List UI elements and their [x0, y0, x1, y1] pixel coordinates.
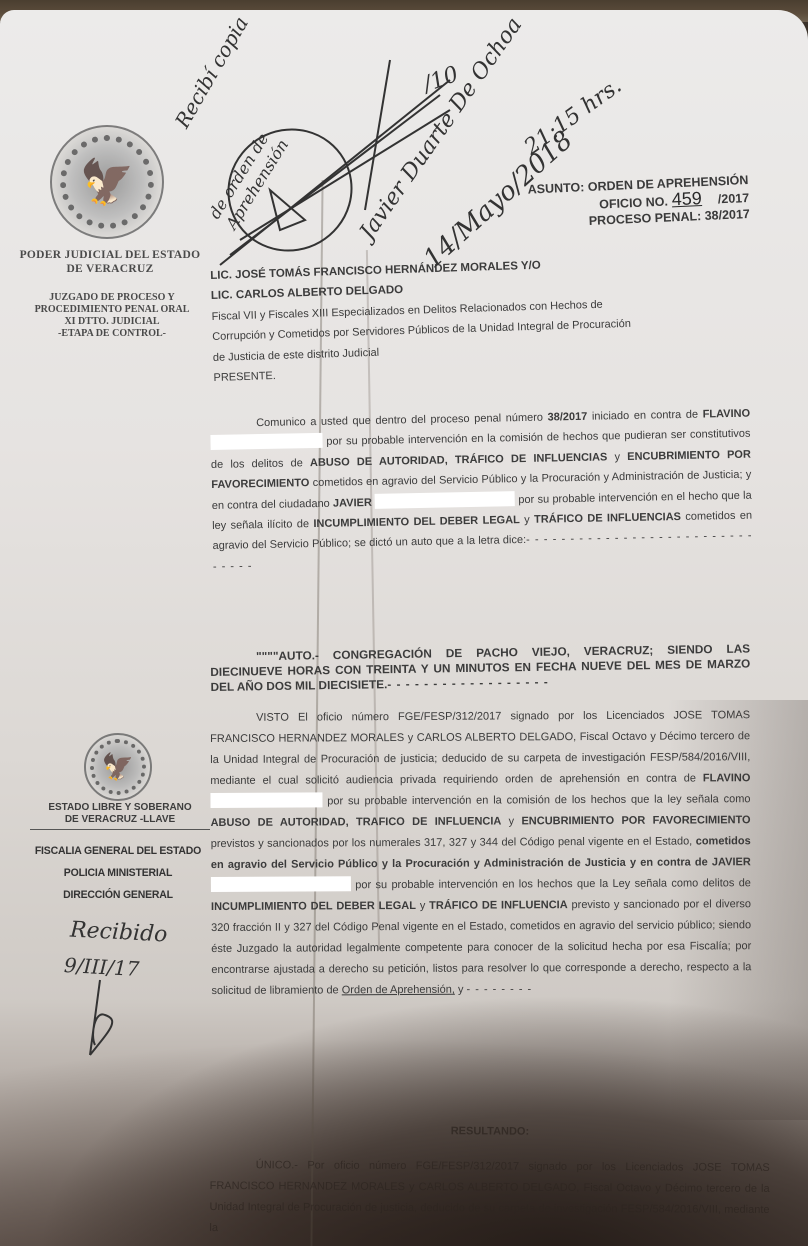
division-line: XI DTTO. JUDICIAL: [14, 316, 210, 328]
charge: INCUMPLIMIENTO DEL DEBER LEGAL: [313, 514, 520, 530]
stamp-line: ESTADO LIBRE Y SOBERANO: [30, 802, 210, 814]
initials-scribble: [70, 960, 160, 1060]
mexican-coat-of-arms-icon: 🦅: [50, 125, 164, 239]
auto-heading: """"AUTO.- CONGREGACIÓN DE PACHO VIEJO, …: [210, 642, 751, 695]
handwritten-received: Recibido: [69, 917, 168, 947]
proceso-value: 38/2017: [704, 207, 750, 223]
agency-line: POLICIA MINISTERIAL: [26, 862, 210, 884]
charge: ABUSO DE AUTORIDAD, TRAFICO DE INFLUENCI…: [211, 815, 502, 829]
text: y: [607, 451, 627, 463]
redaction-box: [210, 433, 322, 450]
agency-line: DIRECCIÓN GENERAL: [26, 885, 210, 907]
case-number: 38/2017: [547, 411, 587, 424]
division-line: -ETAPA DE CONTROL-: [14, 328, 210, 340]
paragraph-visto: VISTO El oficio número FGE/FESP/312/2017…: [210, 705, 752, 1002]
defendant-name: FLAVINO: [703, 408, 751, 421]
redaction-box: [210, 792, 322, 808]
court-division: JUZGADO DE PROCESO Y PROCEDIMIENTO PENAL…: [14, 292, 210, 340]
text: y: [520, 514, 534, 526]
text: por su probable intervención en los hech…: [351, 877, 751, 891]
eagle-icon: 🦅: [102, 752, 134, 783]
underlined-term: Orden de Aprehensión,: [342, 984, 455, 997]
text: y: [416, 900, 429, 912]
text: por su probable intervención en la comis…: [322, 793, 750, 807]
agency-line: FISCALIA GENERAL DEL ESTADO: [26, 840, 210, 862]
paragraph-communication: Comunico a usted que dentro del proceso …: [210, 404, 753, 578]
text: previsto y sancionado por el diverso 320…: [211, 898, 751, 997]
redaction-box: [211, 876, 351, 892]
section-heading: RESULTANDO:: [210, 1120, 770, 1144]
redaction-box: [375, 491, 515, 509]
dash-fill: - - - - - - - -: [466, 983, 532, 995]
resultando-section: RESULTANDO: ÚNICO.- Por oficio número FG…: [209, 1120, 770, 1242]
text: iniciado en contra de: [587, 409, 703, 423]
oficio-year: /2017: [718, 191, 750, 206]
text: VISTO El oficio número FGE/FESP/312/2017…: [210, 709, 750, 787]
stamp-divider: [30, 829, 210, 830]
oficio-number: 459: [667, 187, 718, 209]
defendant-name: JAVIER: [333, 497, 372, 510]
eagle-icon: 🦅: [80, 156, 135, 208]
text: y: [455, 984, 467, 996]
charge: INCUMPLIMIENTO DEL DEBER LEGAL: [211, 900, 416, 913]
charge: ENCUBRIMIENTO POR FAVORECIMIENTO: [521, 814, 750, 827]
charge: TRÁFICO DE INFLUENCIAS: [534, 511, 681, 526]
text: Comunico a usted que dentro del proceso …: [256, 412, 548, 430]
division-line: JUZGADO DE PROCESO Y: [14, 292, 210, 304]
received-stamp: ESTADO LIBRE Y SOBERANO DE VERACRUZ -LLA…: [30, 802, 210, 833]
state-seal-icon: 🦅: [84, 733, 152, 801]
dash-fill: - - - - - - - - - - - - - - - - - -: [387, 675, 549, 692]
stamp-line: DE VERACRUZ -LLAVE: [30, 814, 210, 826]
defendant-name: FLAVINO: [703, 772, 751, 784]
charge: TRÁFICO DE INFLUENCIA: [429, 899, 568, 912]
resultando-text: ÚNICO.- Por oficio número FGE/FESP/312/2…: [209, 1155, 769, 1242]
division-line: PROCEDIMIENTO PENAL ORAL: [14, 304, 210, 316]
text: previstos y sancionados por los numerale…: [211, 835, 696, 850]
charge: ABUSO DE AUTORIDAD, TRÁFICO DE INFLUENCI…: [310, 451, 608, 469]
text: y: [501, 815, 521, 827]
agency-stamp: FISCALIA GENERAL DEL ESTADO POLICIA MINI…: [26, 840, 210, 906]
